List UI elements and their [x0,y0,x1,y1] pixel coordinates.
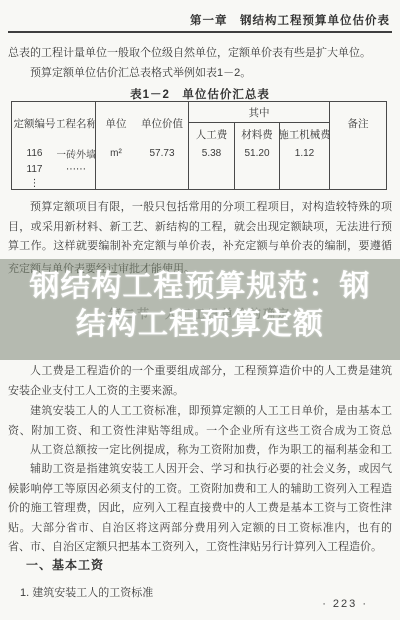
table-cell-machinery [279,177,329,189]
watermark-line-2: 结构工程预算定额 [0,306,400,344]
header-rule [8,31,392,33]
chapter-header: 第一章 钢结构工程预算单位估价表 [8,12,390,28]
labor-paragraph-3: 从工资总额按一定比例提成，称为工资附加费，作为职工的福利基金和工会经费。 [8,441,392,461]
labor-paragraph-4: 辅助工资是指建筑安装工人因开会、学习和执行必要的社会义务，或因气候影响停工等原因… [8,460,392,558]
table-header-name: 工程名称 [57,102,95,145]
table-cell-unit: m² [95,145,136,162]
table-header-note: 备注 [329,102,386,145]
supplement-paragraph: 预算定额项目有限，一般只包括常用的分项工程项目，对构造较特殊的项目，或采用新材料… [8,198,392,258]
table-cell-labor [188,162,234,177]
table-cell-labor: 5.38 [188,145,234,162]
wage-standard-subheading: 1. 建筑安装工人的工资标准 [20,584,153,600]
table-cell-unit-value [136,162,188,177]
page-number: · 223 · [322,598,368,610]
table-cell-unit [95,162,136,177]
table-cell-name: 一砖外墙 [57,145,95,162]
labor-paragraph-1: 人工费是工程造价的一个重要组成部分，工程预算造价中的人工费是建筑安装企业支付工人… [8,362,392,402]
table-header-unit: 单位 [95,102,136,145]
table-cell-unit [95,177,136,189]
table-cell-material: 51.20 [234,145,279,162]
labor-paragraph-2: 建筑安装工人的人工工资标准，即预算定额的人工工日单价，是由基本工资、附加工资、和… [8,402,392,442]
table-header-unit-value: 单位价值 [136,102,188,145]
table-cell-note [329,177,386,189]
table-cell-machinery [279,162,329,177]
watermark-text: 钢结构工程预算规范：钢 结构工程预算定额 [0,268,400,344]
table-header-code: 定额编号 [12,102,57,145]
table-cell-note [329,162,386,177]
table-cell-material [234,177,279,189]
table-cell-name: ⋯⋯ [57,162,95,177]
table-header-among: 其中 [188,102,329,123]
table-header-material: 材料费 [234,123,279,145]
table-header-labor: 人工费 [188,123,234,145]
unit-valuation-summary-table: 定额编号 工程名称 单位 单位价值 其中 备注 人工费 材料费 施工机械费 11… [11,101,387,190]
table-caption: 表1－2 单位估价汇总表 [0,86,400,102]
table-header-machinery: 施工机械费 [279,123,329,145]
table-cell-name [57,177,95,189]
table-cell-material [234,162,279,177]
watermark-band: 充定额与单价表要经过审批才能使用。 第二节 人工工日单价的确定 钢结构工程预算规… [0,259,400,360]
basic-wage-heading: 一、基本工资 [26,556,104,573]
table-cell-code: 116 [12,145,57,162]
table-cell-note [329,145,386,162]
intro-paragraph-2: 预算定额单位估价汇总表格式举例如表1－2。 [8,64,392,84]
table-cell-code: ⋮ [12,177,57,189]
intro-paragraph-1: 总表的工程计量单位一般取个位级自然单位，定额单价表有些是扩大单位。 [8,44,392,64]
table-cell-machinery: 1.12 [279,145,329,162]
watermark-line-1: 钢结构工程预算规范：钢 [0,268,400,306]
scanned-book-page: 第一章 钢结构工程预算单位估价表 总表的工程计量单位一般取个位级自然单位，定额单… [0,0,400,620]
table-cell-code: 117 [12,162,57,177]
table-cell-labor [188,177,234,189]
table-cell-unit-value: 57.73 [136,145,188,162]
table-cell-unit-value [136,177,188,189]
